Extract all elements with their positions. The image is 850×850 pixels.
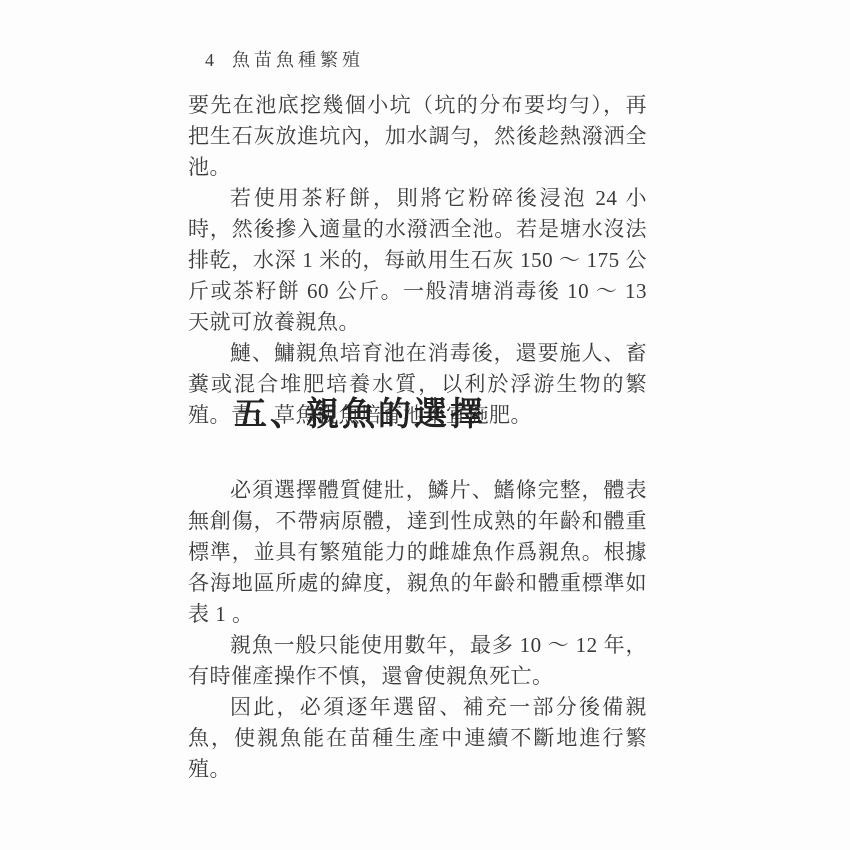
page-header: 4 魚苗魚種繁殖 <box>205 46 364 72</box>
running-title: 魚苗魚種繁殖 <box>232 46 364 72</box>
page-number: 4 <box>205 50 214 71</box>
bottom-text-block: 必須選擇體質健壯，鱗片、鰭條完整，體表無創傷，不帶病原體，達到性成熟的年齡和體重… <box>188 475 647 785</box>
paragraph: 親魚一般只能使用數年，最多 10 ～ 12 年，有時催產操作不慎，還會使親魚死亡… <box>188 630 647 692</box>
section-heading: 五、親魚的選擇 <box>234 396 486 432</box>
paragraph: 若使用茶籽餅，則將它粉碎後浸泡 24 小時，然後摻入適量的水潑洒全池。若是塘水沒… <box>188 183 647 338</box>
book-page: 4 魚苗魚種繁殖 要先在池底挖幾個小坑（坑的分布要均勻），再把生石灰放進坑內，加… <box>0 0 850 850</box>
paragraph: 要先在池底挖幾個小坑（坑的分布要均勻），再把生石灰放進坑內，加水調勻，然後趁熱潑… <box>188 90 647 183</box>
paragraph: 因此，必須逐年選留、補充一部分後備親魚，使親魚能在苗種生產中連續不斷地進行繁殖。 <box>188 692 647 785</box>
paragraph: 必須選擇體質健壯，鱗片、鰭條完整，體表無創傷，不帶病原體，達到性成熟的年齡和體重… <box>188 475 647 630</box>
top-text-block: 要先在池底挖幾個小坑（坑的分布要均勻），再把生石灰放進坑內，加水調勻，然後趁熱潑… <box>188 90 647 431</box>
